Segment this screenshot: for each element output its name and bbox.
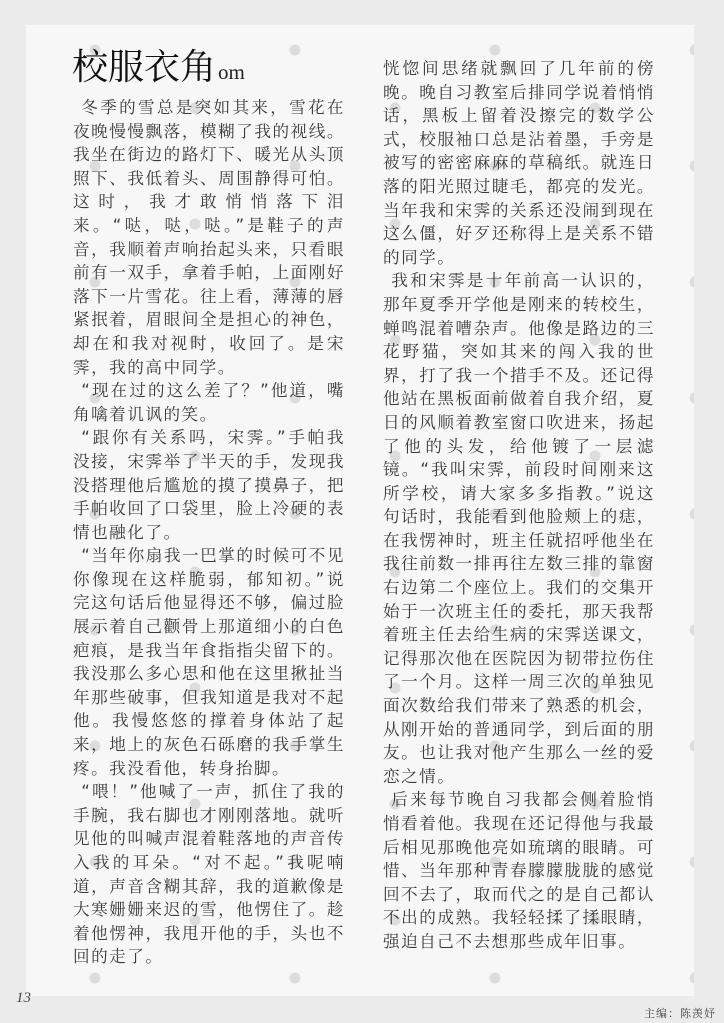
paragraph: “现在过的这么差了？”他道，嘴角噙着讥讽的笑。 — [73, 379, 345, 426]
title-suffix: om — [218, 60, 245, 84]
paragraph: 冬季的雪总是突如其来，雪花在夜晚慢慢飘落，模糊了我的视线。我坐在街边的路灯下、暖… — [73, 96, 345, 379]
editor-credit: 主编：陈羡妤 — [644, 1005, 716, 1021]
paragraph: “当年你扇我一巴掌的时候可不见你像现在这样脆弱，郁知初。”说完这句话后他显得还不… — [73, 544, 345, 780]
paragraph: “喂！”他喊了一声，抓住了我的手腕，我右脚也才刚刚落地。就听见他的叫喊声混着鞋落… — [73, 780, 345, 969]
left-column: 冬季的雪总是突如其来，雪花在夜晚慢慢飘落，模糊了我的视线。我坐在街边的路灯下、暖… — [73, 96, 345, 969]
paragraph: “跟你有关系吗，宋霁。”手帕我没接，宋霁举了半天的手，发现我没搭理他后尴尬的摸了… — [73, 426, 345, 544]
paragraph: 恍惚间思绪就飘回了几年前的傍晚。晚自习教室后排同学说着悄悄话，黑板上留着没擦完的… — [383, 57, 655, 269]
paragraph: 后来每节晚自习我都会侧着脸悄悄看着他。我现在还记得他与我最后相见那晚他亮如琉璃的… — [383, 788, 655, 953]
paragraph: 我和宋霁是十年前高一认识的，那年夏季开学他是刚来的转校生，蝉鸣混着嘈杂声。他像是… — [383, 269, 655, 788]
right-column: 恍惚间思绪就飘回了几年前的傍晚。晚自习教室后排同学说着悄悄话，黑板上留着没擦完的… — [383, 57, 655, 954]
page-number: 13 — [16, 990, 31, 1007]
article-title: 校服衣角om — [72, 44, 245, 96]
title-text: 校服衣角 — [72, 47, 216, 88]
